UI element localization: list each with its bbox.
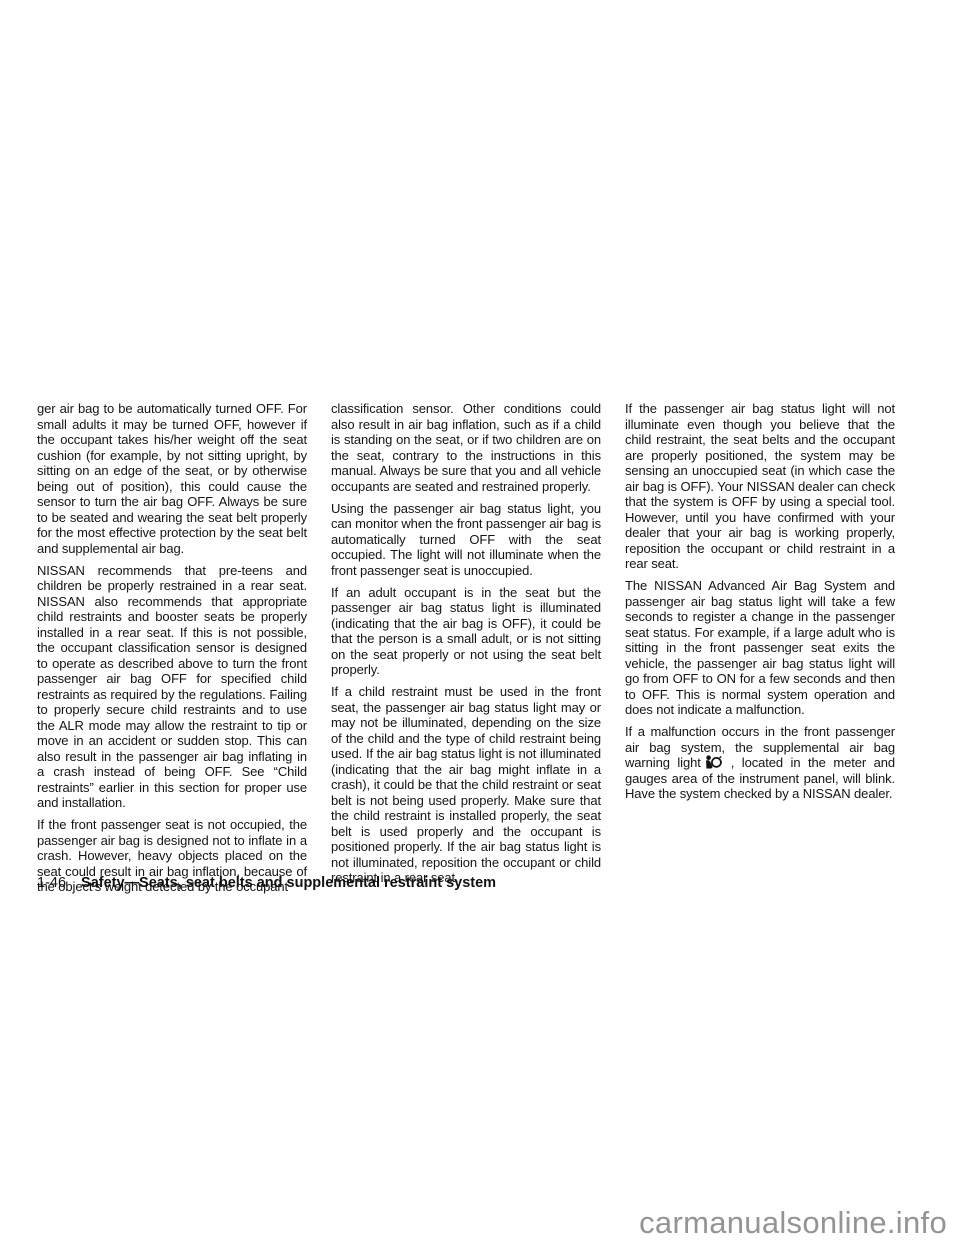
page-number: 1-46 xyxy=(37,875,66,891)
paragraph: classification sensor. Other conditions … xyxy=(331,401,601,494)
paragraph-malfunction: If a malfunction occurs in the front pas… xyxy=(625,724,895,802)
airbag-warning-light-icon xyxy=(705,755,722,769)
paragraph: If an adult occupant is in the seat but … xyxy=(331,585,601,678)
paragraph: The NISSAN Advanced Air Bag System and p… xyxy=(625,578,895,718)
text-column-2: classification sensor. Other conditions … xyxy=(331,401,601,901)
paragraph: If a child restraint must be used in the… xyxy=(331,684,601,886)
paragraph: If the passenger air bag status light wi… xyxy=(625,401,895,572)
paragraph: Using the passenger air bag status light… xyxy=(331,501,601,579)
paragraph: NISSAN recommends that pre-teens and chi… xyxy=(37,563,307,811)
page-footer: 1-46 Safety—Seats, seat belts and supple… xyxy=(37,875,496,891)
watermark: carmanualsonline.info xyxy=(639,1205,947,1241)
text-column-3: If the passenger air bag status light wi… xyxy=(625,401,895,901)
section-title: Safety—Seats, seat belts and supplementa… xyxy=(81,875,496,891)
paragraph: ger air bag to be automatically turned O… xyxy=(37,401,307,556)
text-column-1: ger air bag to be automatically turned O… xyxy=(37,401,307,901)
manual-page-text-block: ger air bag to be automatically turned O… xyxy=(37,401,895,901)
